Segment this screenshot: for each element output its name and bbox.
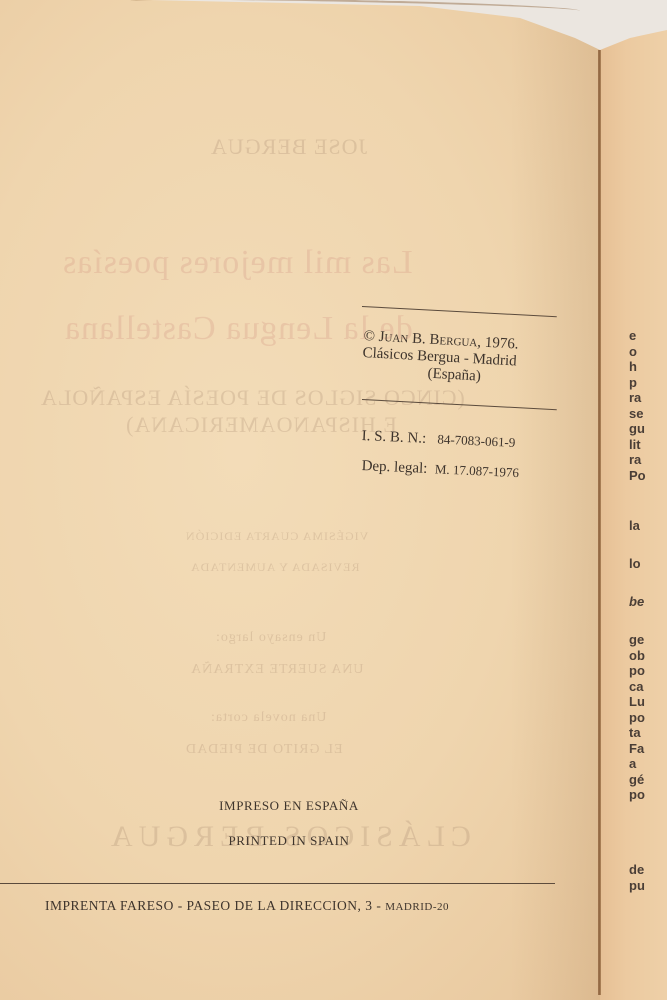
fragment: se bbox=[629, 406, 646, 422]
legal-deposit-value: M. 17.087-1976 bbox=[435, 461, 520, 480]
ghost-other-works-2: UNA SUERTE EXTRAÑA bbox=[190, 662, 364, 678]
left-book-page: JOSE BERGUA Las mil mejores poesías de l… bbox=[0, 0, 600, 1000]
legal-deposit-label: Dep. legal: bbox=[361, 458, 427, 477]
fragment: po bbox=[629, 710, 645, 726]
copyright-line-1: © Juan B. Bergua, 1976. bbox=[363, 328, 519, 354]
printer-rule bbox=[0, 883, 555, 884]
copyright-block: © Juan B. Bergua, 1976. Clásicos Bergua … bbox=[361, 328, 519, 388]
fragment: lo bbox=[629, 556, 641, 572]
fragment: Po bbox=[629, 468, 646, 484]
ghost-other-works-3: Una novela corta: bbox=[210, 710, 327, 726]
ghost-title-line2: de la Lengua Castellana bbox=[64, 310, 413, 348]
fragment: pu bbox=[629, 878, 645, 894]
fragment: ta bbox=[629, 725, 645, 741]
right-book-page bbox=[600, 0, 667, 1000]
fragment: ob bbox=[629, 648, 645, 664]
fragment: gé bbox=[629, 772, 645, 788]
fragment: ra bbox=[629, 390, 646, 406]
fragment: ca bbox=[629, 679, 645, 695]
fragment: Fa bbox=[629, 741, 645, 757]
right-page-fragment-block-5: ge ob po ca Lu po ta Fa a gé po bbox=[629, 632, 645, 803]
isbn-value: 84-7083-061-9 bbox=[437, 431, 516, 450]
right-page-fragment-block-3: lo bbox=[629, 556, 641, 572]
ghost-revised: REVISADA Y AUMENTADA bbox=[190, 560, 359, 575]
copyright-line-3: (España) bbox=[361, 362, 517, 388]
ghost-other-works-4: EL GRITO DE PIEDAD bbox=[185, 742, 343, 758]
fragment: p bbox=[629, 375, 646, 391]
legal-deposit-line: Dep. legal: M. 17.087-1976 bbox=[361, 458, 519, 482]
fragment: po bbox=[629, 787, 645, 803]
fragment: a bbox=[629, 756, 645, 772]
right-page-fragment-block-4: be bbox=[629, 594, 644, 610]
printer-city: MADRID-20 bbox=[385, 901, 449, 913]
fragment: gu bbox=[629, 421, 646, 437]
printer-main: IMPRENTA FARESO - PASEO DE LA DIRECCION,… bbox=[45, 898, 385, 913]
right-page-fragment-block-6: de pu bbox=[629, 862, 645, 893]
fragment: e bbox=[629, 328, 646, 344]
fragment: Lu bbox=[629, 694, 645, 710]
ghost-subtitle-line2: E HISPANOAMERICANA) bbox=[125, 412, 397, 438]
right-page-fragment-block-2: la bbox=[629, 518, 640, 534]
copyright-top-rule bbox=[362, 306, 557, 317]
fragment: ge bbox=[629, 632, 645, 648]
fragment: be bbox=[629, 594, 644, 610]
isbn-label: I. S. B. N.: bbox=[361, 428, 426, 447]
right-page-fragment-block-1: e o h p ra se gu lit ra Po bbox=[629, 328, 646, 483]
ghost-other-works-1: Un ensayo largo: bbox=[215, 630, 326, 646]
isbn-line: I. S. B. N.: 84-7083-061-9 bbox=[361, 428, 515, 452]
ghost-author: JOSE BERGUA bbox=[210, 134, 367, 160]
ghost-title-line1: Las mil mejores poesías bbox=[62, 244, 413, 282]
printed-in-spain-english: PRINTED IN SPAIN bbox=[139, 833, 439, 849]
fragment: h bbox=[629, 359, 646, 375]
copyright-bottom-rule bbox=[362, 399, 557, 410]
ghost-edition: VIGÉSIMA CUARTA EDICIÓN bbox=[185, 529, 368, 544]
printer-line: IMPRENTA FARESO - PASEO DE LA DIRECCION,… bbox=[45, 898, 449, 914]
ghost-publisher: CLÁSICOS BERGUA bbox=[105, 820, 471, 854]
fragment: po bbox=[629, 663, 645, 679]
copyright-line-2: Clásicos Bergua - Madrid bbox=[362, 345, 518, 371]
fragment: ra bbox=[629, 452, 646, 468]
fragment: lit bbox=[629, 437, 646, 453]
fragment: o bbox=[629, 344, 646, 360]
fragment: de bbox=[629, 862, 645, 878]
printed-in-spain-spanish: IMPRESO EN ESPAÑA bbox=[139, 798, 439, 814]
ghost-subtitle-line1: (CINCO SIGLOS DE POESÍA ESPAÑOLA bbox=[40, 385, 465, 411]
fragment: la bbox=[629, 518, 640, 534]
book-spine-gutter bbox=[598, 50, 601, 995]
